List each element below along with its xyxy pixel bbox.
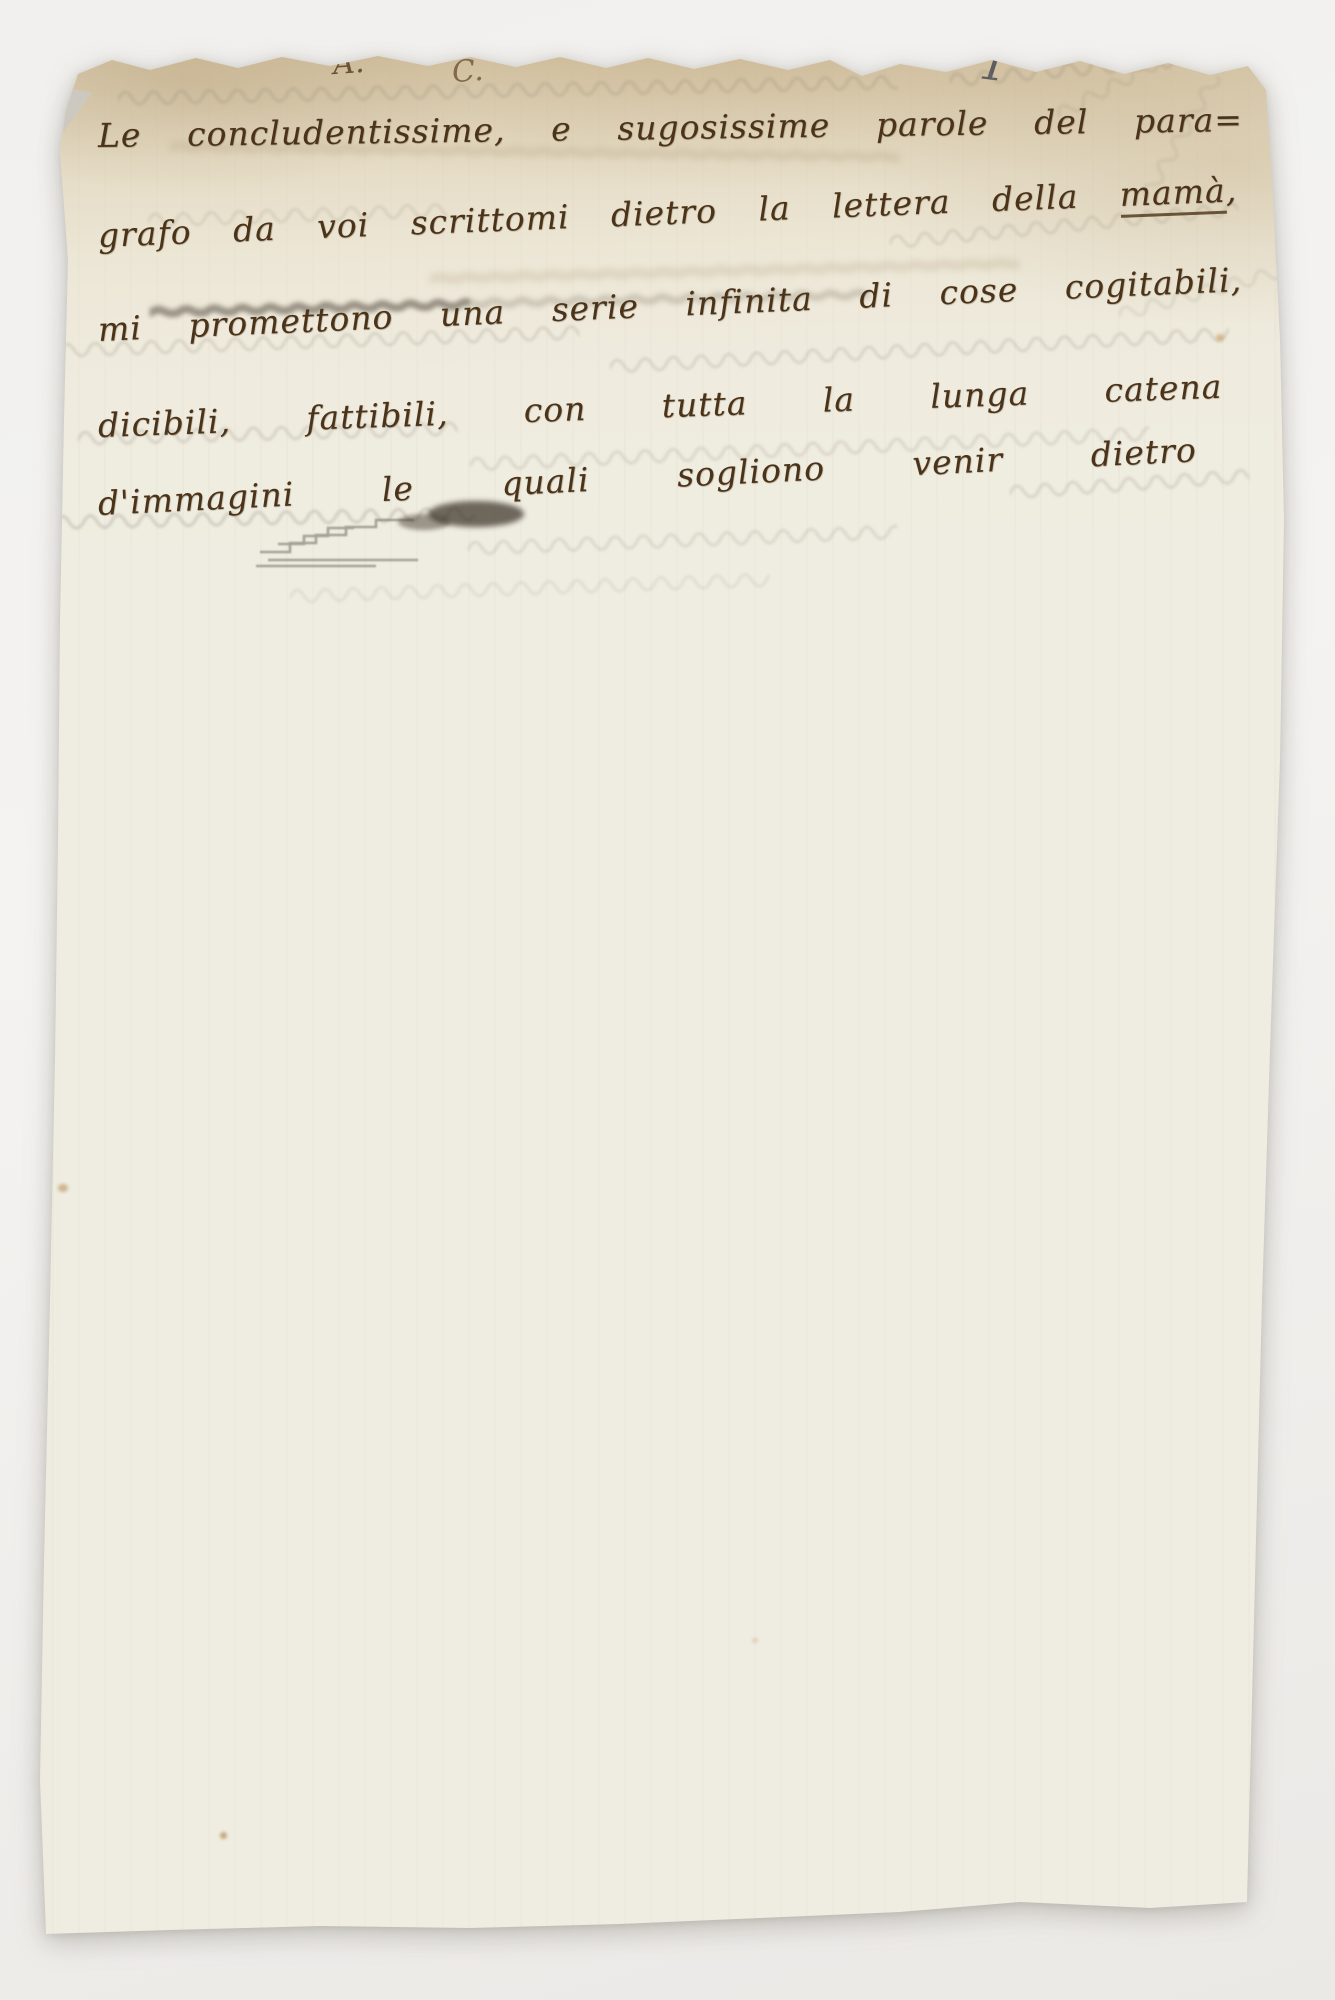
bleed-through-line (467, 518, 898, 572)
underlined-word-mama: mamà (1119, 171, 1227, 218)
photo-backdrop: A. C. 1 Le concludentissime, e sugosissi… (0, 0, 1335, 2000)
foxing-spot (752, 1638, 758, 1643)
manuscript-line-2-pre: grafo da voi scrittomi dietro la lettera… (97, 175, 1120, 255)
manuscript-line-5: d'immagini le quali sogliono venir dietr… (97, 428, 1198, 526)
manuscript-line-2: grafo da voi scrittomi dietro la lettera… (97, 168, 1238, 258)
manuscript-line-2-post: , (1225, 170, 1238, 209)
collation-mark-a: A. (332, 45, 366, 82)
collation-mark-c: C. (451, 53, 485, 90)
paper-shadow-wrap: A. C. 1 Le concludentissime, e sugosissi… (0, 0, 1335, 2000)
bleed-through-line (289, 565, 770, 620)
foxing-spot (220, 1832, 227, 1839)
manuscript-line-3: mi promettono una serie infinita di cose… (97, 258, 1243, 352)
foxing-spot (1216, 334, 1224, 341)
foxing-spot (58, 1184, 68, 1192)
page-number: 1 (977, 38, 1011, 92)
manuscript-line-1: Le concludentissime, e sugosissime parol… (98, 98, 1244, 159)
torn-edge-notch (56, 84, 98, 134)
manuscript-page: A. C. 1 Le concludentissime, e sugosissi… (0, 0, 1335, 2000)
